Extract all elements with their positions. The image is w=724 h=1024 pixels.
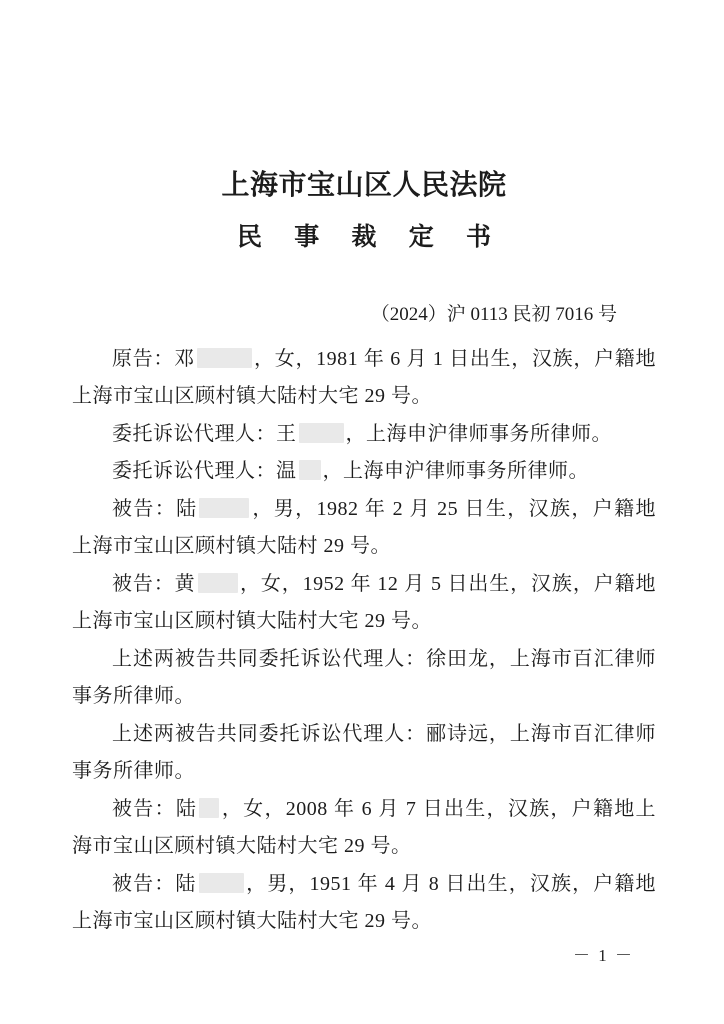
redaction-box	[199, 873, 244, 893]
redaction-box	[199, 798, 219, 818]
redaction-box	[199, 498, 249, 518]
paragraph-text: 委托诉讼代理人：温	[112, 460, 297, 482]
paragraph-text: 原告：邓	[112, 348, 195, 370]
paragraph: 被告：陆，男，1982 年 2 月 25 日生，汉族，户籍地上海市宝山区顾村镇大…	[72, 491, 656, 566]
paragraph-text: 被告：黄	[112, 573, 196, 595]
document-page: 上海市宝山区人民法院 民 事 裁 定 书 （2024）沪 0113 民初 701…	[0, 0, 724, 1024]
redaction-box	[198, 573, 238, 593]
paragraph: 委托诉讼代理人：温，上海申沪律师事务所律师。	[72, 453, 656, 491]
redaction-box	[197, 348, 252, 368]
court-name-heading: 上海市宝山区人民法院	[72, 170, 656, 202]
page-number: － 1 －	[573, 941, 634, 966]
document-body: 原告：邓，女，1981 年 6 月 1 日出生，汉族，户籍地上海市宝山区顾村镇大…	[72, 341, 656, 941]
paragraph: 被告：陆，女，2008 年 6 月 7 日出生，汉族，户籍地上海市宝山区顾村镇大…	[72, 791, 656, 866]
redaction-box	[299, 460, 321, 480]
paragraph-text: 上述两被告共同委托诉讼代理人：徐田龙，上海市百汇律师事务所律师。	[72, 648, 656, 708]
paragraph-text: ，上海申沪律师事务所律师。	[346, 423, 613, 445]
paragraph-text: 上述两被告共同委托诉讼代理人：郦诗远，上海市百汇律师事务所律师。	[72, 723, 656, 783]
paragraph: 被告：陆，男，1951 年 4 月 8 日出生，汉族，户籍地上海市宝山区顾村镇大…	[72, 866, 656, 941]
paragraph: 被告：黄，女，1952 年 12 月 5 日出生，汉族，户籍地上海市宝山区顾村镇…	[72, 566, 656, 641]
paragraph: 原告：邓，女，1981 年 6 月 1 日出生，汉族，户籍地上海市宝山区顾村镇大…	[72, 341, 656, 416]
paragraph-text: 被告：陆	[112, 798, 197, 820]
case-number: （2024）沪 0113 民初 7016 号	[72, 303, 656, 328]
paragraph-text: 被告：陆	[112, 873, 197, 895]
redaction-box	[299, 423, 344, 443]
paragraph: 委托诉讼代理人：王，上海申沪律师事务所律师。	[72, 416, 656, 454]
document-type-heading: 民 事 裁 定 书	[72, 224, 656, 253]
paragraph-text: 委托诉讼代理人：王	[112, 423, 297, 445]
paragraph-text: 被告：陆	[112, 498, 197, 520]
paragraph: 上述两被告共同委托诉讼代理人：郦诗远，上海市百汇律师事务所律师。	[72, 716, 656, 791]
paragraph-text: ，上海申沪律师事务所律师。	[323, 460, 590, 482]
paragraph: 上述两被告共同委托诉讼代理人：徐田龙，上海市百汇律师事务所律师。	[72, 641, 656, 716]
